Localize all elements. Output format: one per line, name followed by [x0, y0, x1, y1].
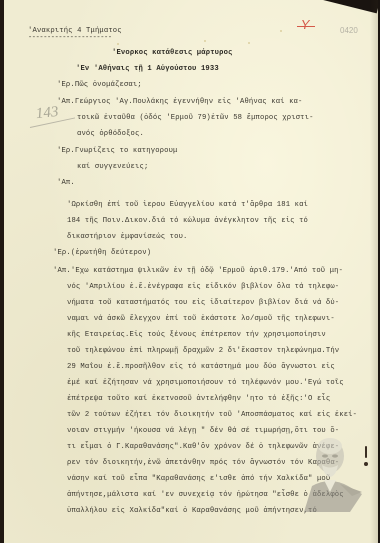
answer-line: τοικῶ ἐνταῦθα (ὁδός 'Ερμοῦ 79)ἐτῶν 58 ἔμ… [77, 115, 314, 122]
testimony-line: νός 'Απριλίου ἐ.ἔ.ἐνέγραφα εἰς εἰδικόν β… [67, 284, 339, 291]
testimony-line: νάσην καί τοῦ εἶπα "Καραθανάσης ε'ισθε ἀ… [67, 476, 330, 483]
oath-line: δικαστήριον ἐμφανίσεώς του. [67, 234, 188, 241]
testimony-line: ἐπέτρεψα τοῦτο καί ἐκετνοσοῦ ἀντελήφθην … [67, 396, 330, 403]
testimony-line: νοιαν στιγμήν 'ήκουσα νά λέγῃ " δέν θά σ… [67, 428, 339, 435]
question-line: 'Ερ.Γνωρίζεις το κατηγορουμ [57, 148, 178, 155]
paper-stain [280, 30, 282, 32]
page-edge-shadow [370, 0, 378, 543]
header-underline: ---------------------- [28, 34, 112, 42]
archive-reference-number: 0420 [340, 26, 358, 35]
testimony-line: νήματα τοῦ καταστήματός του εἰς ἰδιαίτερ… [67, 300, 339, 307]
testimony-line: τοῦ τηλεφώνου ἐπί πληρωμῇ δραχμῶν 2 δι'ἕ… [67, 348, 339, 355]
testimony-line: ἐμέ καί ἐζήτησαν νά χρησιμοποιήσουν τό τ… [67, 380, 344, 387]
testimony-line: τῶν 2 τούτων ἐζήτει τόν διοικητήν τοῦ 'Α… [67, 412, 357, 419]
question-line: 'Ερ.Πῶς ὀνομάζεσαι; [57, 82, 142, 89]
red-annotation-underline [297, 26, 315, 27]
margin-ink-dot [364, 462, 368, 466]
paper-stain [117, 43, 119, 45]
margin-ink-mark [365, 446, 367, 458]
document-page: 'Ανακριτής 4 Τμήματος ------------------… [4, 0, 378, 543]
testimony-line: κῆς Εταιρείας.Εἰς τούς ξένους ἐπέτρεπον … [67, 332, 326, 339]
torn-corner [289, 0, 378, 13]
testimony-line: ρεν τόν διοικητήν,ἐνῶ ἀπετάνθην πρός τόν… [67, 460, 339, 467]
testimony-line: τι εἶμαι ὁ Γ.Καραθανάσης".Καθ'ὅν χρόνον … [67, 444, 339, 451]
document-title: 'Ενορκος κατάθεσις μάρτυρος [112, 50, 233, 57]
oath-line: 'Ωρκίσθη ἐπί τοῦ ἱερου Εὐαγγελίου κατά τ… [67, 202, 308, 209]
answer-label: 'Απ. [57, 180, 75, 187]
question-line: καί συγγενεύεις; [77, 164, 148, 171]
testimony-line: ναμαι νά ἀσκῶ ἔλεγχον ἐπί τοῦ ἑκάστοτε λ… [67, 316, 335, 323]
portrait-watermark-icon [300, 432, 364, 512]
testimony-line: 29 Μαΐου ἐ.ἔ.προσῆλθον εἰς τό κατάστημά … [67, 364, 335, 371]
paper-stain [248, 42, 250, 44]
answer-line: ανός ὀρθόδοξος. [77, 131, 144, 138]
question-label: 'Ερ.(ἐρωτήθη δεύτερον) [53, 250, 151, 257]
dateline: 'Εν 'Αθήναις τῇ 1 Αὐγούστου 1933 [76, 66, 219, 73]
answer-line: 'Απ.Γεώργιος 'Αγ.Πουλάκης ἐγεννήθην εἰς … [57, 99, 302, 106]
paper-stain [204, 40, 206, 42]
red-annotation: Y [300, 17, 311, 32]
pencil-page-number: 143 [35, 104, 59, 123]
testimony-line: 'Απ.'Εχω κατάστημα ψιλικῶν ἐν τῇ ὁδῷ 'Ερ… [53, 268, 343, 275]
oath-line: 184 τῆς Ποιν.Δικον.διά τό κώλυμα ἀνέγκλη… [67, 218, 308, 225]
testimony-line: ὑπαλλήλου εἰς Χαλκίδα"καί ὁ Καραθανάσης … [67, 508, 317, 515]
